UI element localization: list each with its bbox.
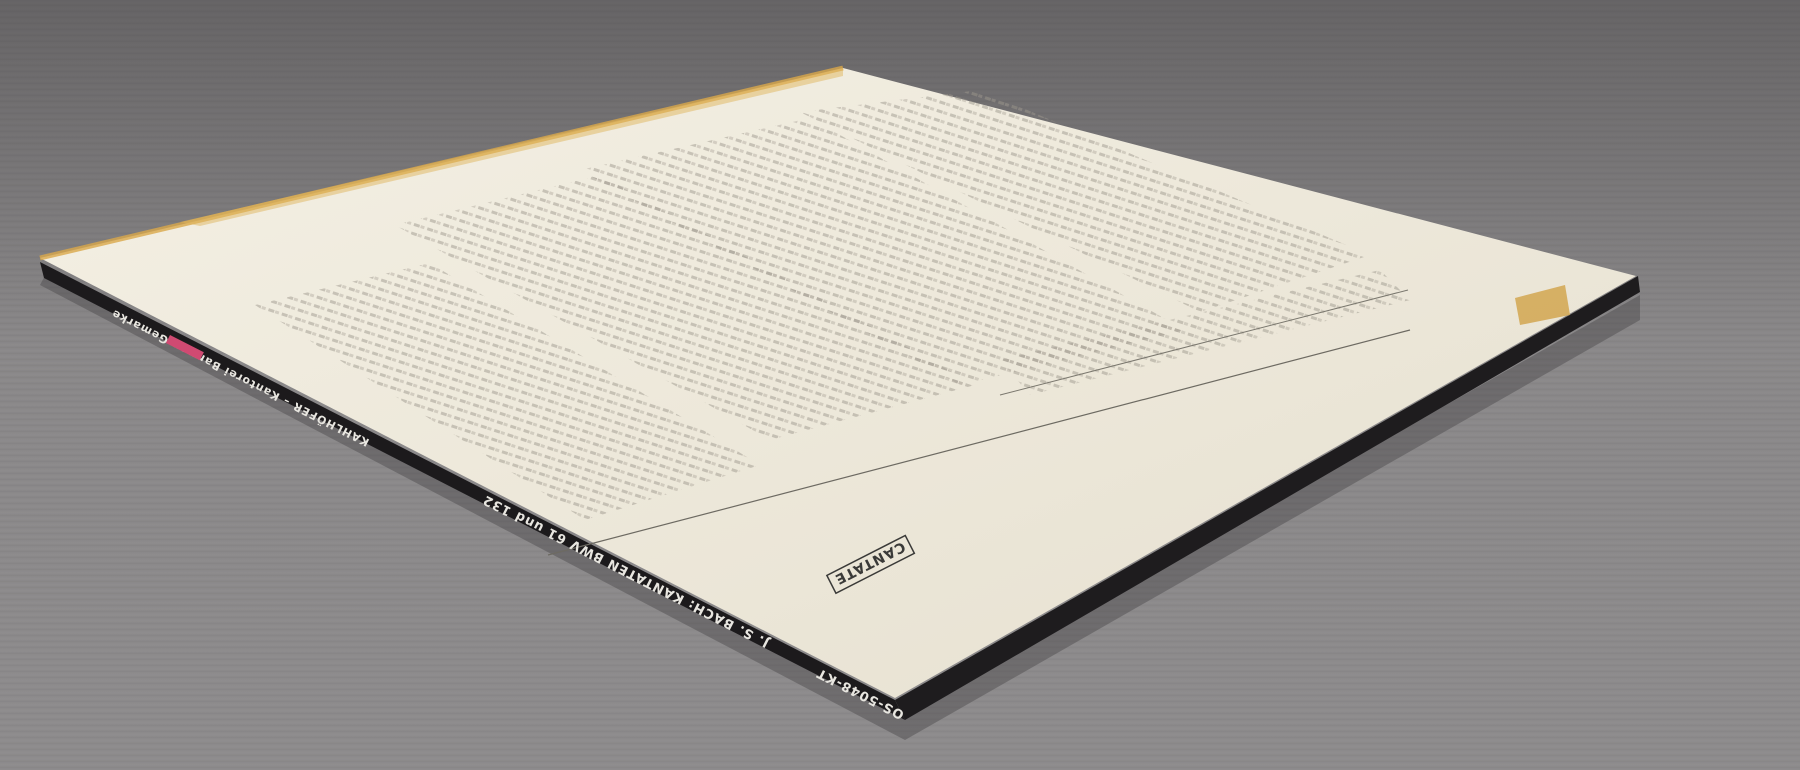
record-jacket: CANTATE OS-5048-KT J. S. BACH: KANTATEN … — [0, 0, 1800, 770]
photo-scene: CANTATE OS-5048-KT J. S. BACH: KANTATEN … — [0, 0, 1800, 770]
